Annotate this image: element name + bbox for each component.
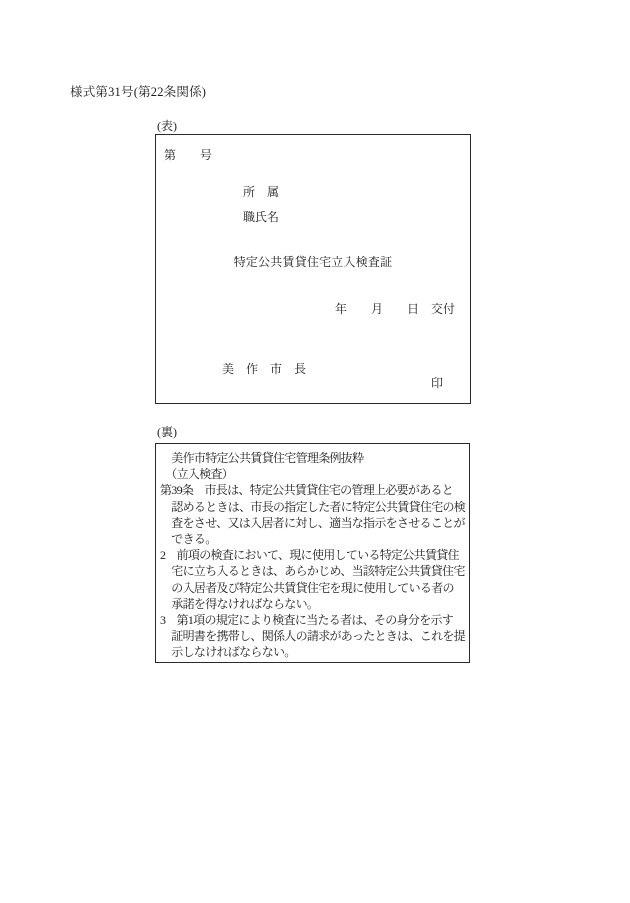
mayor-name: 美 作 市 長: [222, 362, 306, 376]
excerpt-line: 示しなければならない。: [160, 644, 465, 660]
excerpt-line: 証明書を携帯し、関係人の請求があったときは、これを提: [160, 628, 465, 644]
excerpt-line: できる。: [160, 531, 465, 547]
excerpt-line: 3 第1項の規定により検査に当たる者は、その身分を示す: [160, 612, 465, 628]
affiliation-label: 所 属: [243, 185, 279, 199]
front-certificate-card: 第 号 所 属 職氏名 特定公共賃貸住宅立入検査証 年 月 日 交付 美 作 市…: [155, 134, 471, 404]
form-number-caption: 様式第31号(第22条関係): [70, 82, 206, 100]
excerpt-line: 2 前項の検査において、現に使用している特定公共賃貸住: [160, 547, 465, 563]
document-page: 様式第31号(第22条関係) (表) 第 号 所 属 職氏名 特定公共賃貸住宅立…: [0, 0, 630, 903]
excerpt-line: 承諾を得なければならない。: [160, 596, 465, 612]
excerpt-line: の入居者及び特定公共賃貸住宅を現に使用している者の: [160, 580, 465, 596]
excerpt-line: 認めるときは、市長の指定した者に特定公共賃貸住宅の検: [160, 499, 465, 515]
certificate-number-line: 第 号: [164, 148, 212, 162]
front-side-label: (表): [157, 117, 177, 134]
excerpt-line: 美作市特定公共賃貸住宅管理条例抜粋: [160, 450, 465, 466]
seal-mark: 印: [431, 376, 443, 390]
excerpt-line: 第39条 市長は、特定公共賃貸住宅の管理上必要があると: [160, 482, 465, 498]
ordinance-excerpt: 美作市特定公共賃貸住宅管理条例抜粋 （立入検査） 第39条 市長は、特定公共賃貸…: [160, 450, 465, 661]
mayor-signature-line: 美 作 市 長 印: [156, 348, 470, 362]
back-side-label: (裏): [157, 423, 177, 440]
certificate-title: 特定公共賃貸住宅立入検査証: [156, 255, 470, 269]
excerpt-line: 宅に立ち入るときは、あらかじめ、当該特定公共賃貸住宅: [160, 563, 465, 579]
excerpt-line: （立入検査）: [160, 466, 465, 482]
job-and-name-label: 職氏名: [243, 210, 279, 224]
issue-date-line: 年 月 日 交付: [335, 302, 455, 316]
excerpt-line: 査をさせ、又は入居者に対し、適当な指示をさせることが: [160, 515, 465, 531]
back-ordinance-card: 美作市特定公共賃貸住宅管理条例抜粋 （立入検査） 第39条 市長は、特定公共賃貸…: [155, 443, 470, 663]
